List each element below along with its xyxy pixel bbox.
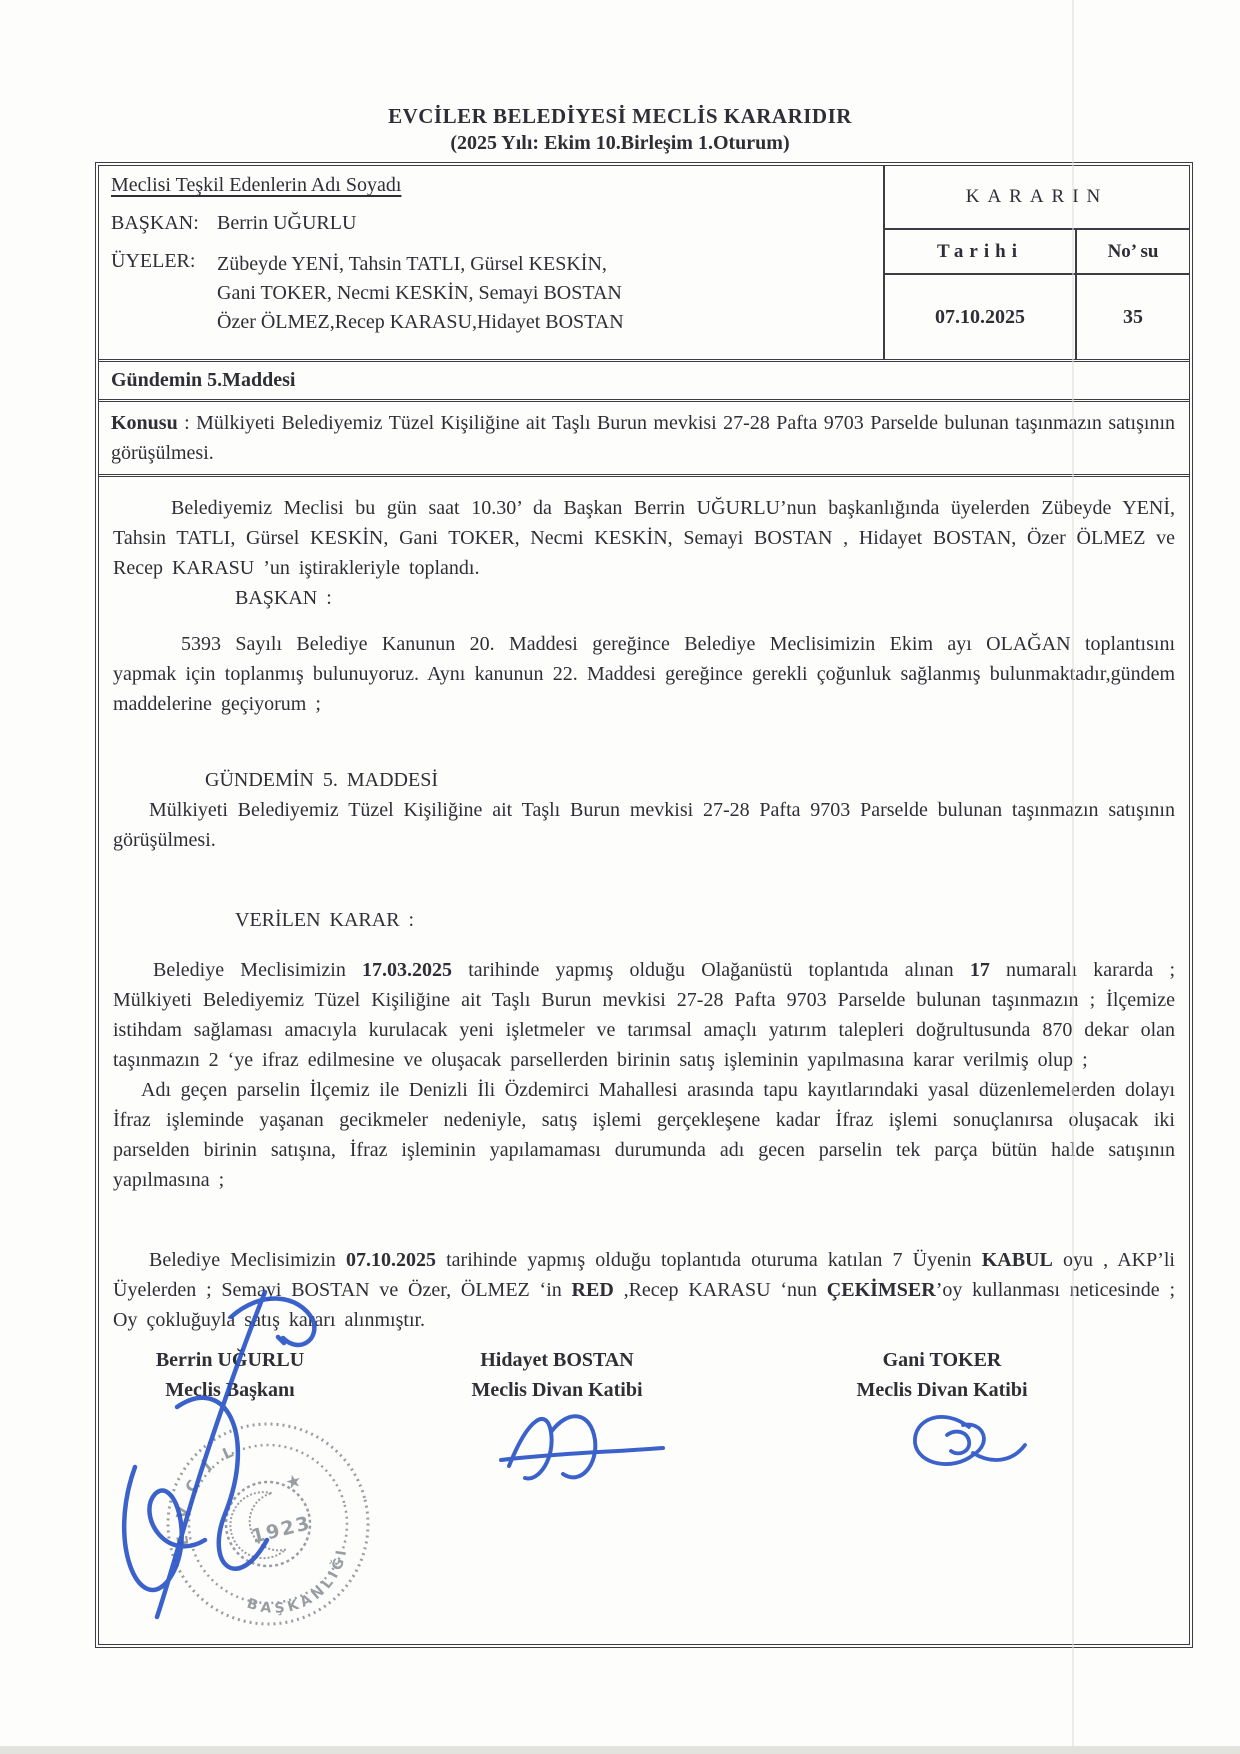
paragraph-decision-heading: VERİLEN KARAR : [113,905,1175,935]
decision-date: 07.10.2025 [885,275,1075,359]
chairman-name: Berrin UĞURLU [217,212,356,235]
paragraph-opening: Belediyemiz Meclisi bu gün saat 10.30’ d… [113,493,1175,583]
document-header: EVCİLER BELEDİYESİ MECLİS KARARIDIR (202… [0,104,1240,155]
signatory-title: Meclis Divan Katibi [812,1375,1072,1405]
chairman-row: BAŞKAN: Berrin UĞURLU [111,212,873,235]
signatory-clerk-1: Hidayet BOSTAN Meclis Divan Katibi [432,1345,682,1405]
date-column-header: Tarihi [885,230,1075,273]
paragraph-chairman-heading: BAŞKAN : [113,583,1175,613]
members-line-2: Gani TOKER, Necmi KESKİN, Semayi BOSTAN [217,279,624,308]
decision-body: Belediyemiz Meclisi bu gün saat 10.30’ d… [99,477,1189,1644]
signatory-name: Gani TOKER [812,1345,1072,1375]
number-column-header: No’ su [1075,230,1189,273]
paragraph-prior-decision: Belediye Meclisimizin 17.03.2025 tarihin… [113,955,1175,1075]
members-heading: Meclisi Teşkil Edenlerin Adı Soyadı [111,174,873,197]
council-info-row: Meclisi Teşkil Edenlerin Adı Soyadı BAŞK… [99,166,1189,359]
members-label: ÜYELER: [111,250,217,337]
document-subtitle: (2025 Yılı: Ekim 10.Birleşim 1.Oturum) [0,132,1240,155]
signatory-title: Meclis Divan Katibi [432,1375,682,1405]
decision-number: 35 [1075,275,1189,359]
scan-artifact-line [1072,0,1074,1754]
signature-hidayet-bostan [497,1402,669,1494]
members-names: Zübeyde YENİ, Tahsin TATLI, Gürsel KESKİ… [217,250,624,337]
subject-row: Konusu : Mülkiyeti Belediyemiz Tüzel Kiş… [99,402,1189,474]
signatory-clerk-2: Gani TOKER Meclis Divan Katibi [812,1345,1072,1405]
agenda-item-row: Gündemin 5.Maddesi [99,362,1189,399]
document-title: EVCİLER BELEDİYESİ MECLİS KARARIDIR [0,104,1240,129]
council-members-cell: Meclisi Teşkil Edenlerin Adı Soyadı BAŞK… [99,166,883,359]
paragraph-subject-repeat: Mülkiyeti Belediyemiz Tüzel Kişiliğine a… [113,795,1175,855]
paragraph-agenda-heading: GÜNDEMİN 5. MADDESİ [113,765,1175,795]
decision-table: Meclisi Teşkil Edenlerin Adı Soyadı BAŞK… [95,162,1193,1648]
signature-gani-toker [897,1405,1029,1477]
page-bottom-edge [0,1746,1240,1754]
signatory-name: Hidayet BOSTAN [432,1345,682,1375]
meta-values: 07.10.2025 35 [885,275,1189,359]
meta-column-headers: Tarihi No’ su [885,230,1189,275]
chairman-label: BAŞKAN: [111,212,217,235]
paragraph-law-reference: 5393 Sayılı Belediye Kanunun 20. Maddesi… [113,629,1175,719]
members-row: ÜYELER: Zübeyde YENİ, Tahsin TATLI, Gürs… [111,250,873,337]
members-line-3: Özer ÖLMEZ,Recep KARASU,Hidayet BOSTAN [217,308,624,337]
members-line-1: Zübeyde YENİ, Tahsin TATLI, Gürsel KESKİ… [217,250,624,279]
paragraph-parcel-details: Adı geçen parselin İlçemiz ile Denizli İ… [113,1075,1175,1195]
decision-meta-cell: KARARIN Tarihi No’ su 07.10.2025 35 [883,166,1189,359]
document-page: EVCİLER BELEDİYESİ MECLİS KARARIDIR (202… [0,0,1240,1754]
signature-berrin-ugurlu [113,1282,328,1632]
kararin-header: KARARIN [885,166,1189,230]
